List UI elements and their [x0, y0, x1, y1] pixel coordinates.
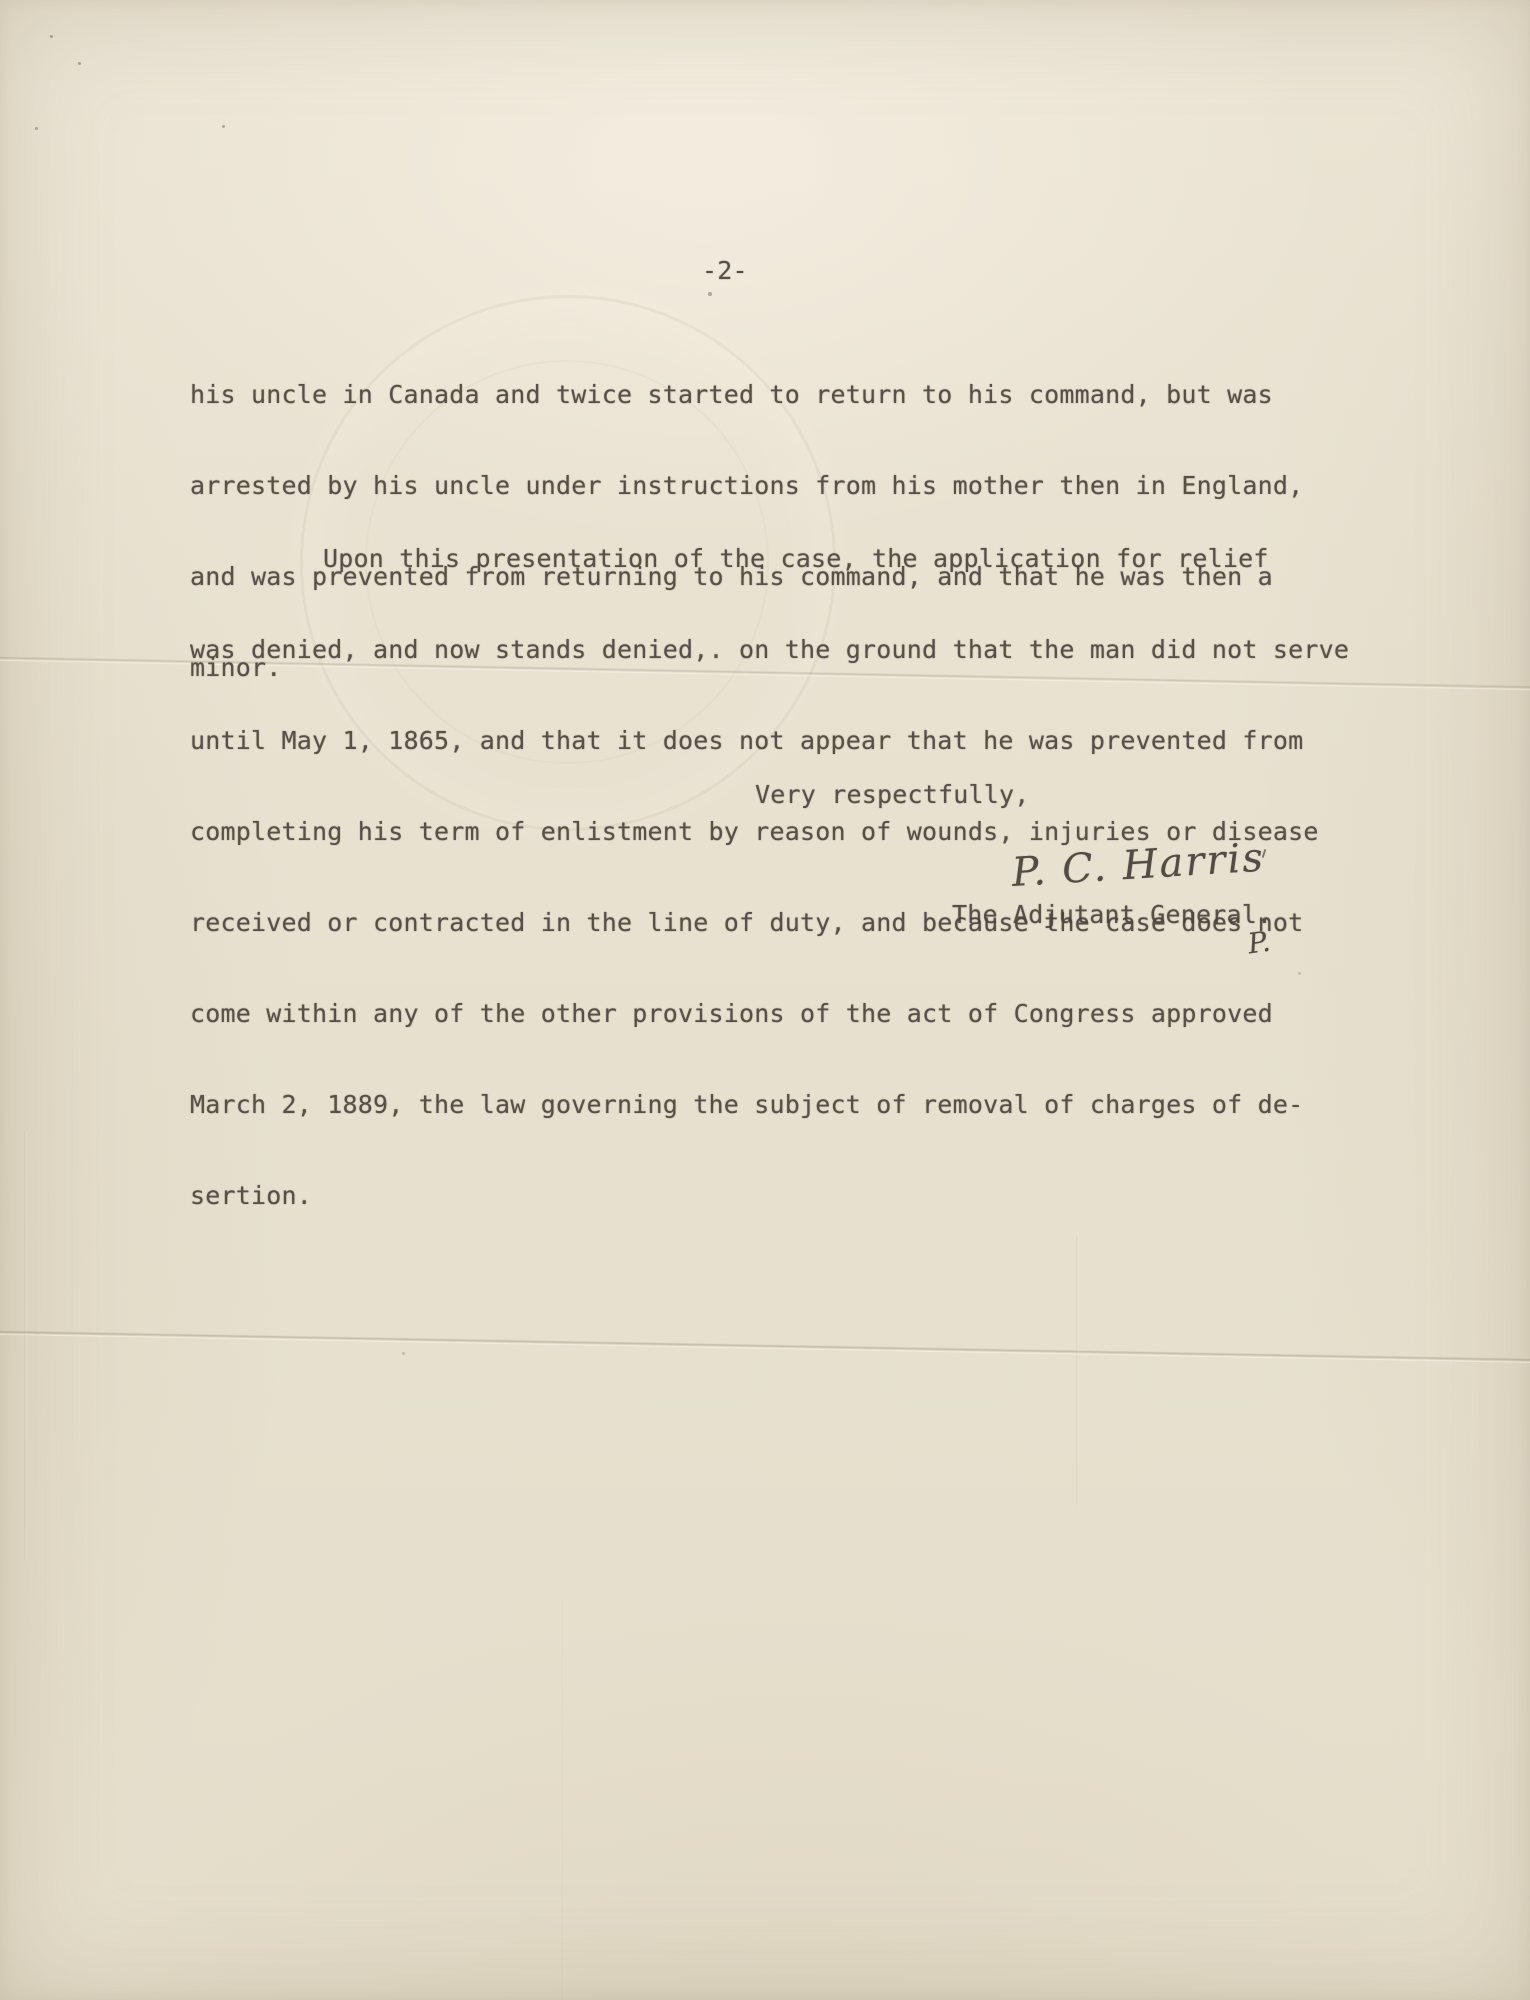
paper-speck: [35, 127, 38, 130]
paper-speck: [402, 1352, 405, 1355]
body-line: was denied, and now stands denied,. on t…: [190, 633, 1349, 666]
paper-speck: [50, 35, 53, 38]
page-number: -2-: [702, 256, 748, 285]
body-line: sertion.: [190, 1179, 1349, 1212]
paper-speck: [708, 292, 712, 296]
body-line: March 2, 1889, the law governing the sub…: [190, 1088, 1349, 1121]
body-line: come within any of the other provisions …: [190, 997, 1349, 1030]
body-line: until May 1, 1865, and that it does not …: [190, 724, 1349, 757]
fold-crease-lower: [0, 1330, 1530, 1364]
paper-speck: [78, 62, 81, 65]
signature-title: The Adjutant General.: [952, 900, 1272, 929]
signature-initial: P.: [1246, 925, 1272, 961]
body-line: his uncle in Canada and twice started to…: [190, 378, 1303, 411]
paper-speck: [222, 125, 225, 128]
vertical-crease-right: [1076, 1235, 1079, 1505]
body-line: Upon this presentation of the case, the …: [190, 542, 1349, 575]
vertical-crease-left: [24, 1130, 27, 1560]
closing-salutation: Very respectfully,: [755, 780, 1030, 809]
vertical-crease-bottom: [562, 1600, 565, 2000]
letter-page: -2- his uncle in Canada and twice starte…: [0, 0, 1530, 2000]
